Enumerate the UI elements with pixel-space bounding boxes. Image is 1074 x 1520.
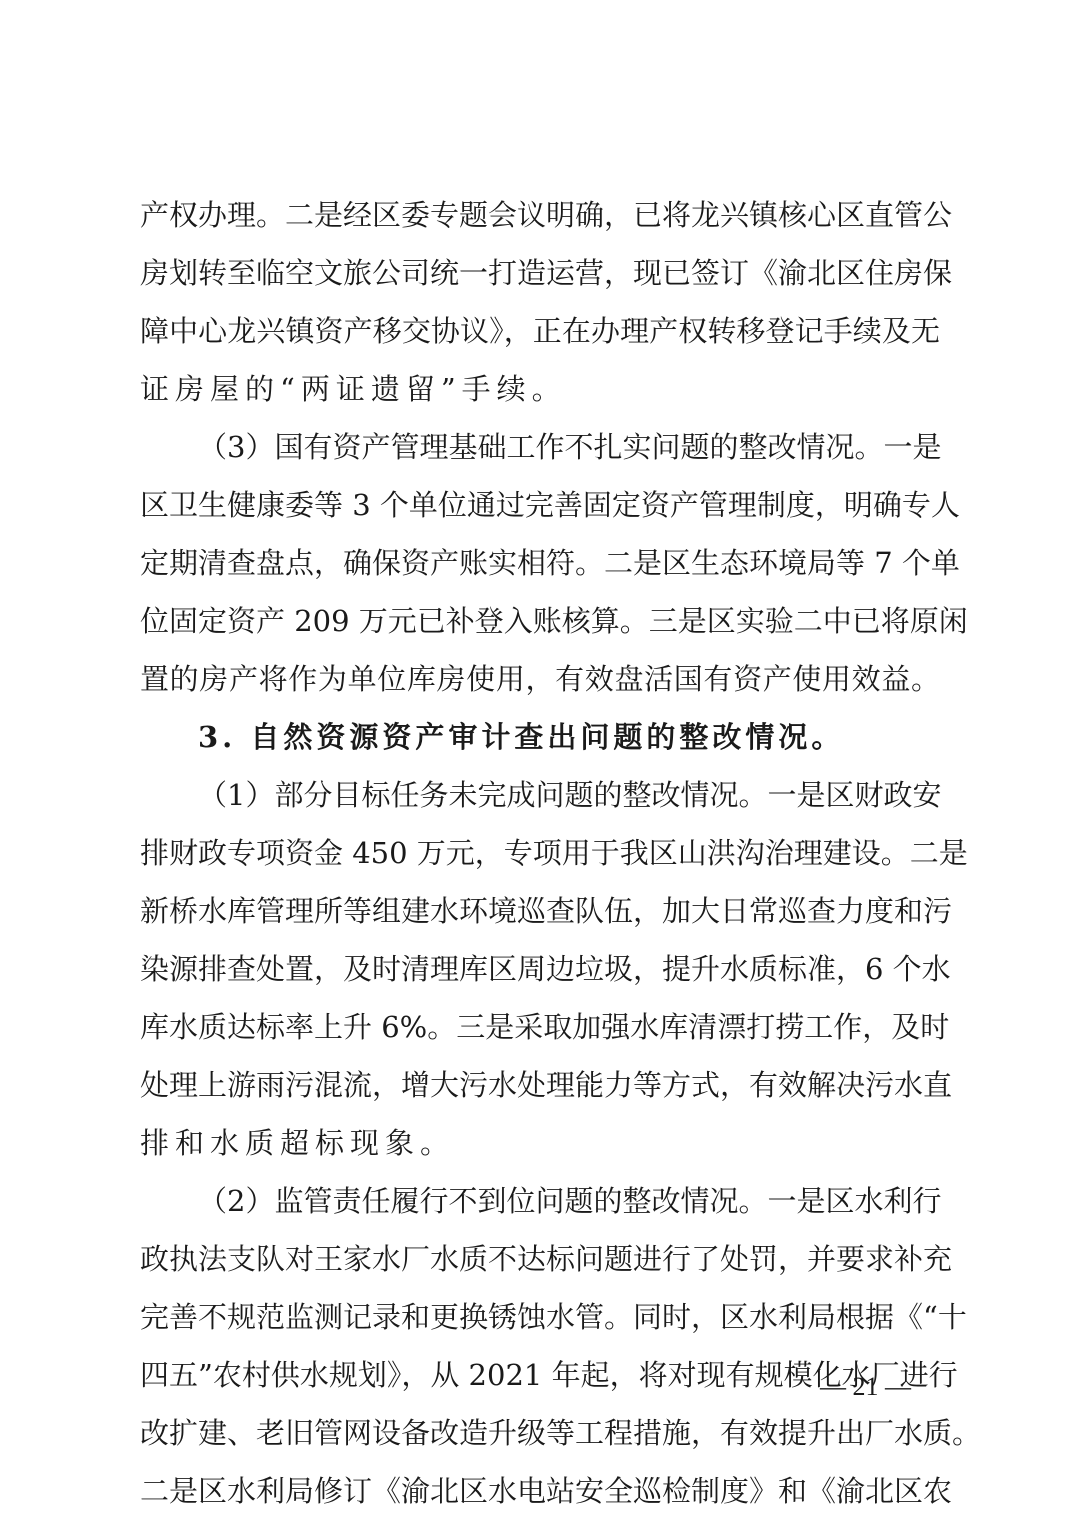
text-line: 位固定资产 209 万元已补登入账核算。三是区实验二中已将原闲: [140, 592, 940, 650]
text-line: 置的房产将作为单位库房使用，有效盘活国有资产使用效益。: [140, 650, 940, 708]
text-line: 区卫生健康委等 3 个单位通过完善固定资产管理制度，明确专人: [140, 476, 940, 534]
text-line: 染源排查处置，及时清理库区周边垃圾，提升水质标准，6 个水: [140, 940, 940, 998]
paragraph-start: （2）监管责任履行不到位问题的整改情况。一是区水利行: [140, 1172, 940, 1230]
text-line: 二是区水利局修订《渝北区水电站安全巡检制度》和《渝北区农: [140, 1462, 940, 1520]
document-body: 产权办理。二是经区委专题会议明确，已将龙兴镇核心区直管公 房划转至临空文旅公司统…: [140, 186, 940, 1520]
paragraph-start: （3）国有资产管理基础工作不扎实问题的整改情况。一是: [140, 418, 940, 476]
text-line: 产权办理。二是经区委专题会议明确，已将龙兴镇核心区直管公: [140, 186, 940, 244]
paragraph-start: （1）部分目标任务未完成问题的整改情况。一是区财政安: [140, 766, 940, 824]
text-line: 障中心龙兴镇资产移交协议》，正在办理产权转移登记手续及无: [140, 302, 940, 360]
text-line: 新桥水库管理所等组建水环境巡查队伍，加大日常巡查力度和污: [140, 882, 940, 940]
text-line: 库水质达标率上升 6%。三是采取加强水库清漂打捞工作，及时: [140, 998, 940, 1056]
text-line: 改扩建、老旧管网设备改造升级等工程措施，有效提升出厂水质。: [140, 1404, 940, 1462]
text-line: 证房屋的“两证遗留”手续。: [140, 360, 940, 418]
text-line: 政执法支队对王家水厂水质不达标问题进行了处罚，并要求补充: [140, 1230, 940, 1288]
text-line: 完善不规范监测记录和更换锈蚀水管。同时，区水利局根据《“十: [140, 1288, 940, 1346]
text-line: 处理上游雨污混流，增大污水处理能力等方式，有效解决污水直: [140, 1056, 940, 1114]
text-line: 排财政专项资金 450 万元，专项用于我区山洪沟治理建设。二是: [140, 824, 940, 882]
text-line: 定期清查盘点，确保资产账实相符。二是区生态环境局等 7 个单: [140, 534, 940, 592]
text-line: 房划转至临空文旅公司统一打造运营，现已签订《渝北区住房保: [140, 244, 940, 302]
page-number: — 21 —: [820, 1372, 911, 1402]
text-line: 排和水质超标现象。: [140, 1114, 940, 1172]
section-heading: 3. 自然资源资产审计查出问题的整改情况。: [140, 708, 940, 766]
